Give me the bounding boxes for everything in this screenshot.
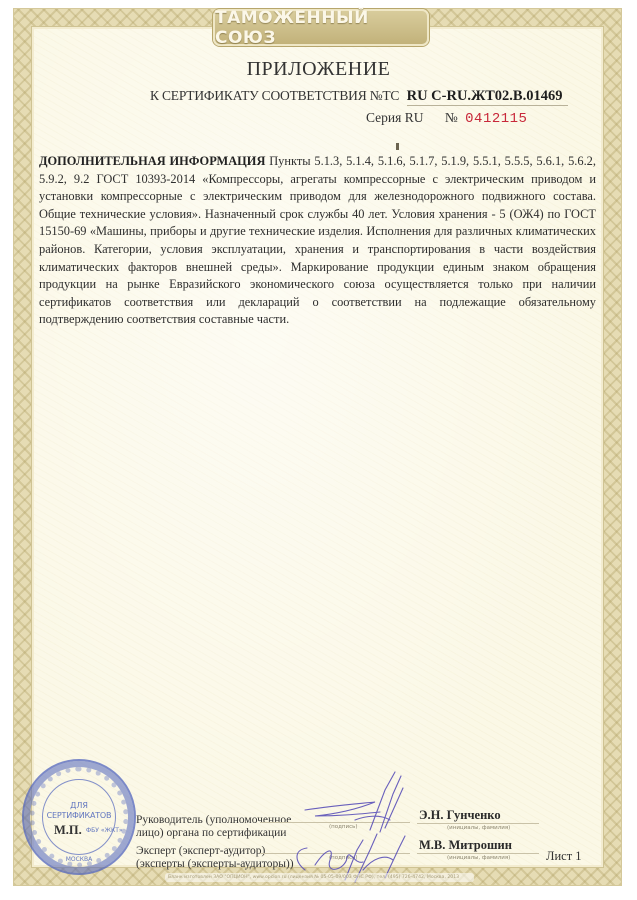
certificate-border [14, 9, 621, 885]
sheet-number: Лист 1 [546, 849, 582, 864]
registration-mark [396, 143, 399, 150]
expert-label-line1: Эксперт (эксперт-аудитор) [136, 845, 265, 858]
series-label: Серия [366, 110, 401, 125]
expert-name-caption: (инициалы, фамилия) [447, 855, 510, 861]
blank-number: 0412115 [465, 111, 527, 127]
expert-name-line [417, 853, 539, 854]
seal-place-mark: М.П. [54, 823, 82, 838]
head-name: Э.Н. Гунченко [419, 808, 501, 823]
head-label-line2: лицо) органа по сертификации [136, 827, 286, 840]
certificate-number: RU C-RU.ЖТ02.В.01469 [407, 88, 569, 106]
printer-microtext: Бланк изготовлен ЗАО "ОПЦИОН", www.opcio… [165, 873, 474, 882]
head-label-line1: Руководитель (уполномоченное [136, 814, 291, 827]
stamp-text-line1: ДЛЯ [24, 801, 134, 810]
head-name-line [417, 823, 539, 824]
expert-label-line2: (эксперты (эксперты-аудиторы)) [136, 858, 294, 871]
customs-union-badge: ТАМОЖЕННЫЙ СОЮЗ [213, 9, 429, 46]
certificate-label: К СЕРТИФИКАТУ СООТВЕТСТВИЯ №ТС [150, 88, 399, 103]
certificate-reference: К СЕРТИФИКАТУ СООТВЕТСТВИЯ №ТС RU C-RU.Ж… [150, 88, 568, 106]
expert-name: М.В. Митрошин [419, 838, 512, 853]
official-stamp: ДЛЯ СЕРТИФИКАТОВ ФБУ «ЖКТ» МОСКВА [22, 759, 136, 875]
additional-information-heading: ДОПОЛНИТЕЛЬНАЯ ИНФОРМАЦИЯ [39, 154, 265, 168]
document-title: ПРИЛОЖЕНИЕ [0, 58, 637, 81]
head-name-caption: (инициалы, фамилия) [447, 825, 510, 831]
series-value: RU [405, 110, 424, 125]
stamp-text-line3: ФБУ «ЖКТ» [86, 827, 123, 834]
stamp-city: МОСКВА [24, 856, 134, 863]
stamp-text-line2: СЕРТИФИКАТОВ [24, 811, 134, 820]
additional-information: ДОПОЛНИТЕЛЬНАЯ ИНФОРМАЦИЯ Пункты 5.1.3, … [39, 153, 596, 329]
number-label: № [445, 110, 458, 125]
series-line: Серия RU № 0412115 [366, 110, 527, 127]
handwritten-signatures [285, 770, 425, 890]
additional-information-text: Пункты 5.1.3, 5.1.4, 5.1.6, 5.1.7, 5.1.9… [39, 154, 596, 326]
